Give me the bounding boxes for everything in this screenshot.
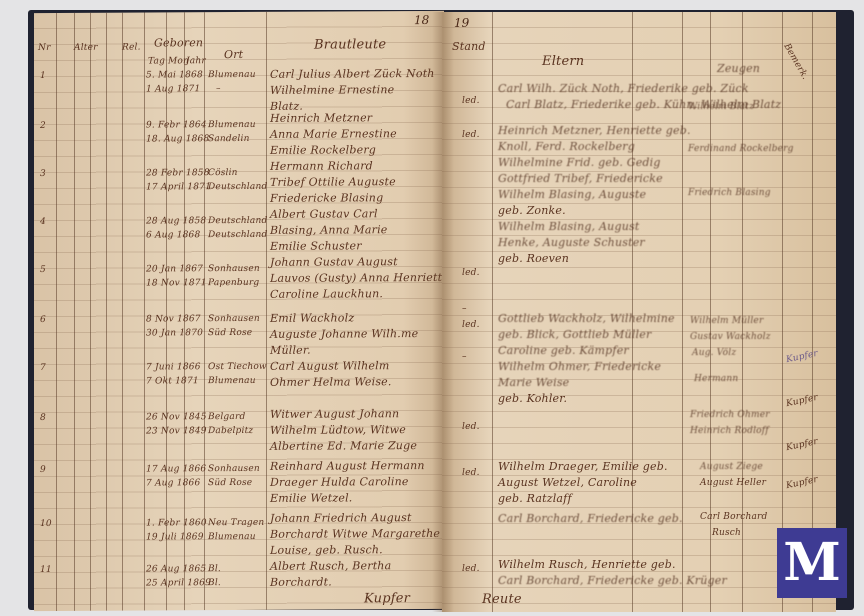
status-mark: led. [462,96,480,106]
entry-date: 6 Aug 1868 [146,230,200,240]
entry-couple-line: Tribef Ottilie Auguste [270,175,396,189]
entry-place: – [216,84,221,94]
entry-couple-line: Friedericke Blasing [270,191,383,205]
entry-date: 8 Nov 1867 [146,314,201,324]
parents-line: Wilhelmine Frid. geb. Gedig [498,156,661,169]
parents-line: geb. Blick, Gottlieb Müller [498,328,651,341]
entry-date: 25 April 1869 [146,578,211,588]
right-page: 19 Stand Eltern Zeugen Bemerk. led. led.… [442,12,836,612]
parents-line: geb. Kohler. [498,392,567,405]
entry-date: 1. Febr 1860 [146,518,207,528]
parents-line: Wilhelm Blasing, August [498,220,639,233]
entry-nr: 11 [40,565,52,575]
entry-place: Deutschland [208,216,267,226]
signature-left: Kupfer [364,591,410,606]
witness-line: Rusch [712,528,741,538]
status-mark: led. [462,130,480,140]
entry-couple-line: Wilhelmine Ernestine [270,83,394,97]
witness-line: Heinrich Rodloff [690,426,769,436]
header-born: Geboren [154,36,203,49]
entry-place: Cöslin [208,168,238,178]
watermark-logo: M [777,528,847,598]
witness-line: Wilhelm Müller [690,316,763,326]
entry-place: Bl. [208,564,221,574]
status-mark: led. [462,320,480,330]
parents-line: Gottlieb Wackholz, Wilhelmine [498,312,675,325]
parents-line: Wilhelm Draeger, Emilie geb. [498,460,668,473]
status-mark: led. [462,564,480,574]
entry-date: 28 Febr 1858 [146,168,210,178]
entry-couple-line: Lauvos (Gusty) Anna Henriette [270,271,444,285]
entry-nr: 10 [40,519,52,529]
header-religion: Rel. [122,43,141,53]
entry-nr: 3 [40,169,46,179]
entry-couple-line: Carl August Wilhelm [270,359,389,373]
parents-line: geb. Ratzlaff [498,492,572,505]
header-couple: Brautleute [314,37,386,52]
remark-mark: Kupfer [785,437,819,453]
entry-date: 17 Aug 1866 [146,464,206,474]
status-mark: – [462,304,467,314]
remark-mark: Kupfer [785,393,819,409]
entry-couple-line: Ohmer Helma Weise. [270,375,392,389]
entry-couple-line: Johann Gustav August [270,255,398,269]
entry-place: Ost Tiechow [208,362,267,372]
entry-couple-line: Emilie Wetzel. [270,491,352,504]
entry-place: Deutschland [208,182,267,192]
signature-right: Reute [482,592,522,607]
entry-date: 7 Aug 1866 [146,478,200,488]
entry-date: 7 Okt 1871 [146,376,199,386]
parents-line: Caroline geb. Kämpfer [498,344,629,357]
entry-place: Sonhausen [208,264,260,274]
parents-line: Carl Wilh. Zück Noth, Friederike geb. Zü… [498,82,749,95]
entry-couple-line: Auguste Johanne Wilh.me [270,327,418,341]
entry-date: 17 April 1871 [146,182,211,192]
left-page: 18 Nr Alter Rel. Geboren Tag Mon Jahr Or… [34,11,444,611]
header-born-year: Jahr [186,56,206,66]
remark-mark: Kupfer [785,349,819,365]
entry-place: Sonhausen [208,314,260,324]
entry-couple-line: Borchardt. [270,576,332,589]
parents-line: geb. Roeven [498,252,569,265]
entry-nr: 7 [40,363,46,373]
entry-date: 9. Febr 1864 [146,120,207,130]
parents-line: Marie Weise [498,376,569,389]
entry-date: 7 Juni 1866 [146,362,201,372]
entry-date: 30 Jan 1870 [146,328,203,338]
entry-place: Bl. [208,578,221,588]
entry-date: 23 Nov 1849 [146,426,207,436]
header-parents: Eltern [542,54,584,69]
entry-place: Neu Tragen [208,518,264,528]
header-witnesses: Zeugen [717,62,760,75]
entry-couple-line: Louise, geb. Rusch. [270,543,383,557]
entry-place: Blumenau [208,120,256,130]
entry-place: Belgard [208,412,245,422]
entry-couple-line: Reinhard August Hermann [270,459,425,473]
witness-line: Friedrich Ohmer [690,410,770,420]
witness-line: Hermann [694,374,738,384]
parents-line: Wilhelm Blasing, Auguste [498,188,646,201]
entry-couple-line: Wilhelm Lüdtow, Witwe [270,423,406,437]
parents-line: Carl Borchard, Friedericke geb. Krüger [498,574,727,587]
page-number-right: 19 [454,16,469,30]
parents-line: Gottfried Tribef, Friedericke [498,172,663,185]
entry-couple-line: Heinrich Metzner [270,111,372,125]
parents-line: August Wetzel, Caroline [498,476,637,489]
entry-place: Dabelpitz [208,426,253,436]
parents-line: Wilhelm Ohmer, Friedericke [498,360,661,373]
witness-line: Gustav Wackholz [690,332,771,342]
status-mark: – [462,352,467,362]
entry-couple-line: Johann Friedrich August [270,511,412,525]
entry-couple-line: Albert Rusch, Bertha [270,559,391,573]
entry-nr: 1 [40,71,46,81]
entry-place: Blumenau [208,70,256,80]
entry-date: 1 Aug 1871 [146,84,200,94]
entry-place: Deutschland [208,230,267,240]
entry-date: 19 Juli 1869 [146,532,204,542]
entry-place: Süd Rose [208,328,252,338]
entry-couple-line: Emilie Rockelberg [270,143,376,157]
status-mark: led. [462,268,480,278]
entry-couple-line: Carl Julius Albert Zück Noth [270,67,435,81]
entry-couple-line: Albert Gustav Carl [270,207,378,221]
entry-date: 26 Nov 1845 [146,412,207,422]
page-number-left: 18 [414,13,429,27]
entry-couple-line: Emil Wackholz [270,311,354,324]
header-age: Alter [74,43,98,53]
entry-nr: 5 [40,265,46,275]
book-gutter [432,12,454,612]
entry-couple-line: Borchardt Witwe Margarethe [270,527,440,541]
entry-place: Sonhausen [208,464,260,474]
entry-nr: 2 [40,121,46,131]
header-place: Ort [224,48,243,61]
entry-date: 18. Aug 1868 [146,134,209,144]
entry-couple-line: Albertine Ed. Marie Zuge [270,439,417,453]
entry-place: Papenburg [208,278,259,288]
entry-couple-line: Hermann Richard [270,159,373,173]
witness-line: August Ziege [700,462,763,472]
remark-mark: Kupfer [785,475,819,491]
entry-date: 28 Aug 1858 [146,216,206,226]
header-nr: Nr [38,43,51,53]
parents-line: Henke, Auguste Schuster [498,236,645,249]
entry-date: 18 Nov 1871 [146,278,207,288]
entry-date: 20 Jan 1867 [146,264,203,274]
open-ledger-book: 18 Nr Alter Rel. Geboren Tag Mon Jahr Or… [28,6,854,612]
logo-letter-icon: M [783,537,841,589]
parents-line: Wilhelm Rusch, Henriette geb. [498,558,676,571]
witness-line: Friedrich Blasing [688,188,771,198]
status-mark: led. [462,422,480,432]
parents-line: Heinrich Metzner, Henriette geb. [498,124,691,137]
parents-line: Carl Borchard, Friedericke geb. [498,512,683,525]
entry-nr: 6 [40,315,46,325]
entry-nr: 9 [40,465,46,475]
entry-couple-line: Blasing, Anna Marie [270,223,388,237]
witness-line: Ferdinand Rockelberg [688,144,794,154]
witness-line: Wilhelm Blatz [688,102,754,112]
entry-couple-line: Caroline Lauckhun. [270,287,383,301]
status-mark: led. [462,468,480,478]
entry-nr: 8 [40,413,46,423]
parents-line: geb. Zonke. [498,204,566,217]
witness-line: August Heller [700,478,766,488]
entry-couple-line: Draeger Hulda Caroline [270,475,409,489]
entry-date: 5. Mai 1868 [146,70,203,80]
witness-line: Aug. Völz [692,348,736,358]
entry-couple-line: Emilie Schuster [270,239,362,252]
entry-couple-line: Müller. [270,344,311,357]
parents-line: Knoll, Ferd. Rockelberg [498,140,635,153]
entry-place: Süd Rose [208,478,252,488]
entry-place: Blumenau [208,532,256,542]
witness-line: Carl Borchard [700,512,768,522]
entry-couple-line: Anna Marie Ernestine [270,127,397,141]
entry-couple-line: Witwer August Johann [270,407,399,421]
entry-nr: 4 [40,217,46,227]
entry-date: 26 Aug 1865 [146,564,206,574]
entry-place: Blumenau [208,376,256,386]
entry-place: Sandelin [208,134,250,144]
header-status: Stand [452,40,486,53]
header-remarks: Bemerk. [781,42,810,81]
header-born-day: Tag [148,56,165,66]
